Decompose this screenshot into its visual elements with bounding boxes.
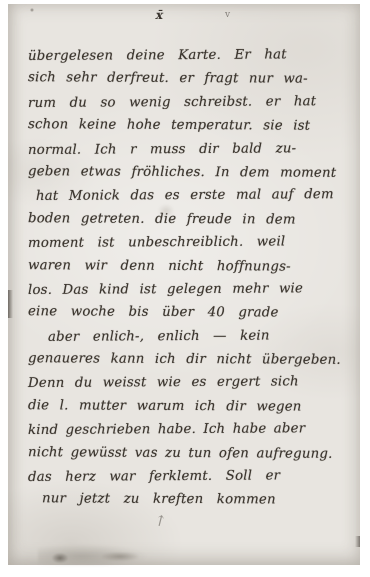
handwritten-line: los. Das kind ist gelegen mehr wie: [28, 277, 350, 302]
handwritten-line: moment ist unbeschreiblich. weil: [28, 230, 350, 255]
page-number-mark: x̄: [155, 8, 165, 22]
handwritten-line: schon keine hohe temperatur. sie ist: [28, 113, 350, 138]
handwritten-line: nicht gewüsst vas zu tun ofen aufregung.: [28, 441, 350, 466]
handwritten-line: übergelesen deine Karte. Er hat: [28, 43, 350, 68]
handwritten-line: aber enlich-, enlich — kein: [28, 324, 350, 349]
handwritten-line: geben etwas fröhliches. In dem moment: [28, 160, 350, 185]
handwritten-line: normal. Ich r muss dir bald zu-: [28, 137, 350, 162]
paper-speck: [30, 8, 34, 12]
letter-page: x̄ v übergelesen deine Karte. Er hat sic…: [8, 4, 360, 565]
handwritten-line: nur jetzt zu kreften kommen: [28, 488, 350, 513]
scanned-letter: x̄ v übergelesen deine Karte. Er hat sic…: [0, 0, 370, 577]
handwritten-line: sich sehr derfreut. er fragt nur wa-: [28, 67, 350, 92]
handwritten-line: das herz war ferklemt. Soll er: [28, 464, 350, 489]
handwritten-line: waren wir denn nicht hoffnungs-: [28, 254, 350, 279]
handwritten-line: Denn du weisst wie es ergert sich: [28, 370, 350, 395]
paper-edge-mark: [8, 290, 13, 318]
handwritten-line: genaueres kann ich dir nicht übergeben.: [28, 347, 350, 372]
handwritten-line: rum du so wenig schreibst. er hat: [28, 90, 350, 115]
paper-edge-mark: [355, 536, 360, 547]
paper-stain: [52, 553, 68, 563]
paper-smudge: [102, 552, 138, 561]
arrow-pen-mark: ↑: [152, 511, 169, 532]
tick-mark: v: [225, 10, 230, 20]
handwritten-line: eine woche bis über 40 grade: [28, 300, 350, 325]
handwritten-line: hat Monick das es erste mal auf dem: [28, 183, 350, 208]
handwritten-line: kind geschrieben habe. Ich habe aber: [28, 417, 350, 442]
paper-stain: [38, 544, 148, 566]
handwritten-line: boden getreten. die freude in dem: [28, 207, 350, 232]
letter-body: übergelesen deine Karte. Er hat sich seh…: [28, 44, 350, 512]
handwritten-line: die l. mutter warum ich dir wegen: [28, 394, 350, 419]
